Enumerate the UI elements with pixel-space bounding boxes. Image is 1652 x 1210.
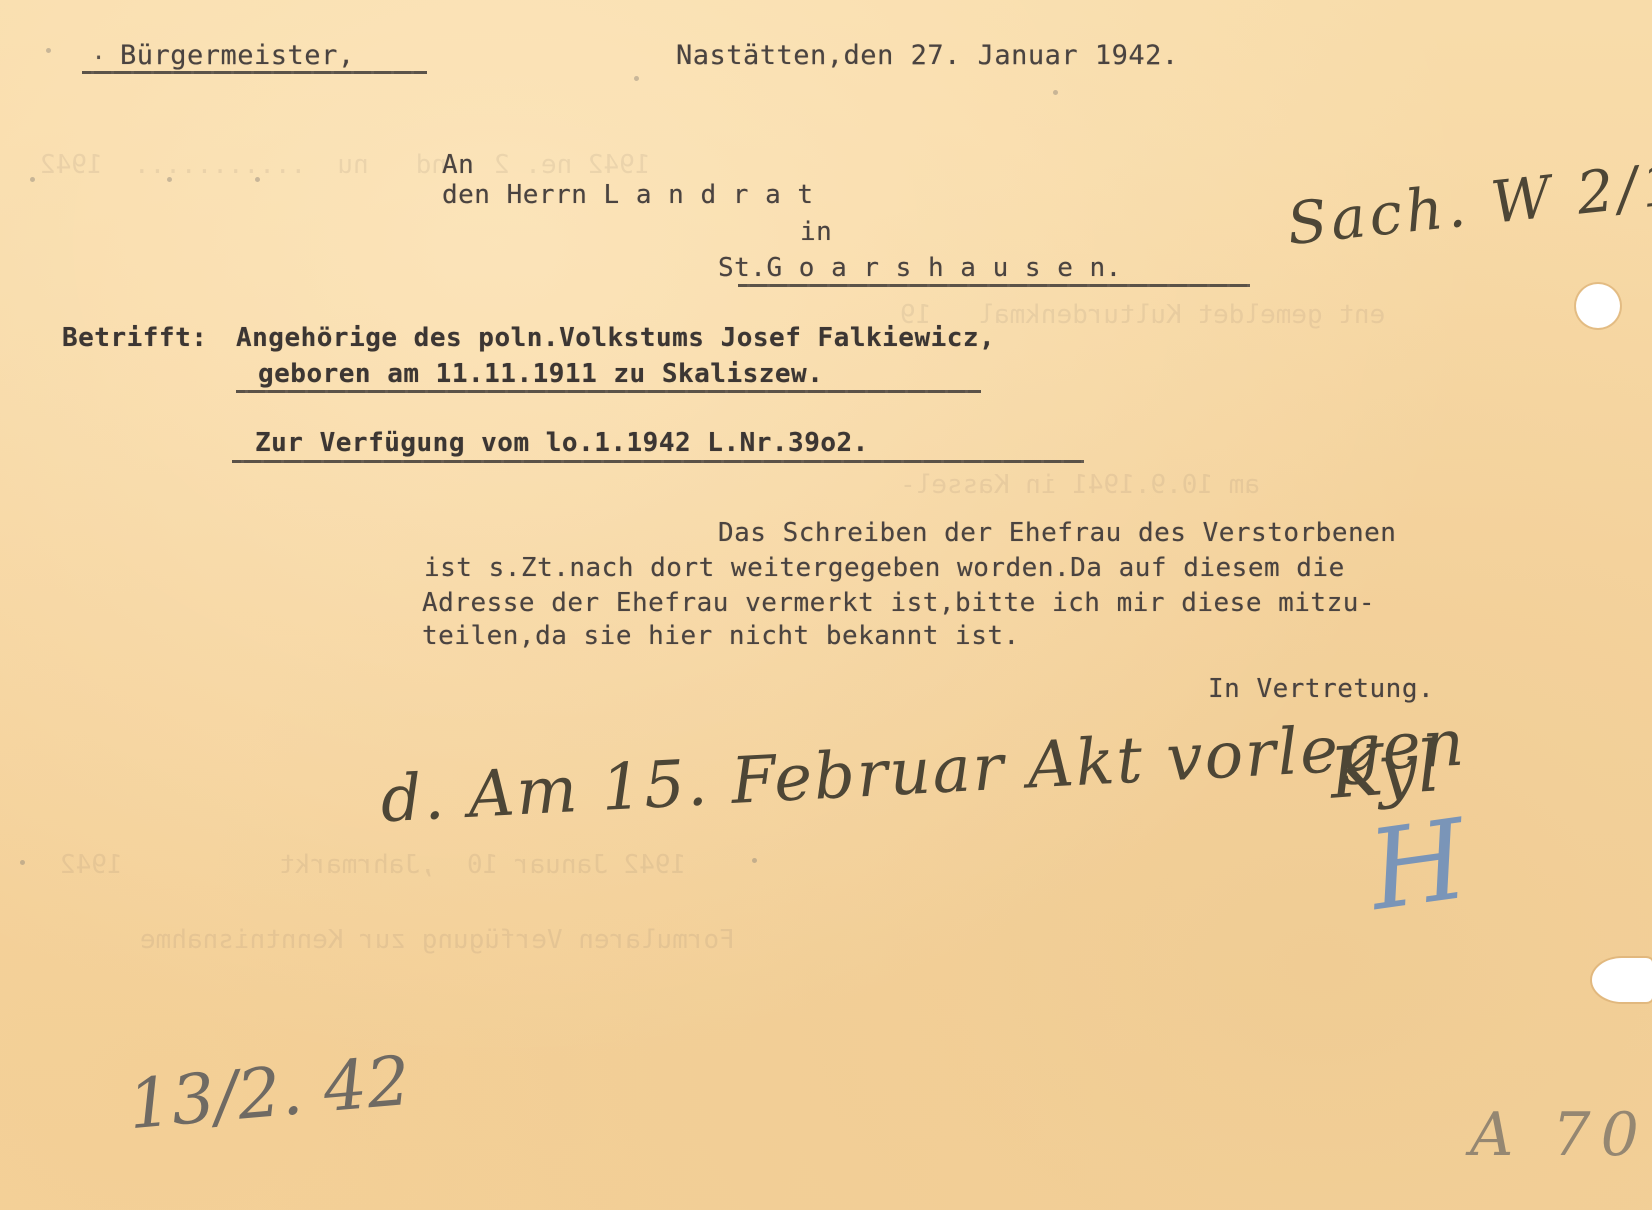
bleed-through-text: 1942 Januar 10 ,Jahrmarkt 1942: [60, 850, 686, 880]
paper-speck: [30, 177, 35, 182]
paper-speck: [167, 177, 172, 182]
subject-line-1: Angehörige des poln.Volkstums Josef Falk…: [236, 325, 995, 351]
punch-hole: [1592, 958, 1652, 1002]
recipient-line-in: in: [800, 219, 832, 245]
bleed-through-text: 1942 ne. 2 ..nd nu ........... 1942: [40, 150, 697, 180]
body-line-3: Adresse der Ehefrau vermerkt ist,bitte i…: [422, 590, 1375, 616]
subject-underline: [236, 390, 981, 393]
handwritten-initial-blue: H: [1363, 804, 1473, 926]
city-underline: [738, 284, 1250, 287]
paper-speck: [20, 860, 25, 865]
paper-speck: [1053, 90, 1058, 95]
bleed-through-text: am 10.9.1941 in Kassel-: [900, 470, 1260, 500]
handwritten-top-right-note: Sach. W 2/1. 42: [1284, 141, 1652, 253]
body-line-2: ist s.Zt.nach dort weitergegeben worden.…: [424, 555, 1345, 581]
body-line-1: Das Schreiben der Ehefrau des Verstorben…: [718, 520, 1396, 546]
recipient-line-landrat: den Herrn L a n d r a t: [442, 182, 814, 208]
reference-underline: [232, 460, 1084, 463]
sender-prefix: .: [92, 42, 106, 64]
sender-underline: [82, 71, 427, 74]
subject-label: Betrifft:: [62, 325, 207, 351]
bleed-through-text: Formularen Verfügung zur Kenntnisnahme: [140, 925, 735, 955]
paper-speck: [46, 48, 51, 53]
body-line-4: teilen,da sie hier nicht bekannt ist.: [422, 623, 1020, 649]
recipient-line-city: St.G o a r s h a u s e n.: [718, 255, 1122, 281]
paper-speck: [634, 76, 639, 81]
subject-reference: Zur Verfügung vom lo.1.1942 L.Nr.39o2.: [255, 430, 869, 456]
recipient-line-an: An: [442, 152, 474, 178]
sender-title: Bürgermeister,: [120, 42, 355, 69]
document-page: 1942 ne. 2 ..nd nu ........... 1942 ent …: [0, 0, 1652, 1210]
punch-hole: [1576, 284, 1620, 328]
handwritten-code-bottom-right: A 70: [1470, 1105, 1649, 1165]
subject-line-2: geboren am 11.11.1911 zu Skaliszew.: [258, 361, 823, 387]
handwritten-signature: Kyl: [1328, 731, 1442, 808]
closing-text: In Vertretung.: [1208, 676, 1434, 702]
paper-speck: [255, 177, 260, 182]
handwritten-date-bottom-left: 13/2. 42: [126, 1048, 413, 1140]
place-date: Nastätten,den 27. Januar 1942.: [676, 42, 1179, 69]
paper-speck: [752, 858, 757, 863]
handwritten-instruction: d. Am 15. Februar Akt vorlegen: [379, 712, 1467, 833]
